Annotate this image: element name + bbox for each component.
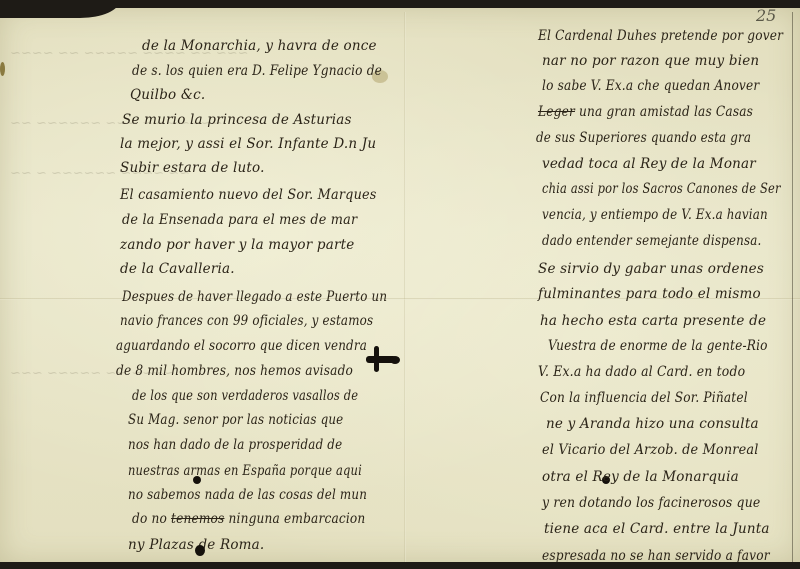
text-line: Se murio la princesa de Asturias xyxy=(122,112,352,128)
text-line: El Cardenal Duhes pretende por gover xyxy=(538,28,783,44)
text-line: zando por haver y la mayor parte xyxy=(120,237,354,253)
text-line: Se sirvio dy gabar unas ordenes xyxy=(538,261,764,277)
text-line: Vuestra de enorme de la gente-Rio xyxy=(548,338,768,354)
page-edge xyxy=(792,12,793,569)
text-line: la mejor, y assi el Sor. Infante D.n Ju xyxy=(120,136,376,152)
text-line: Subir estara de luto. xyxy=(120,160,265,176)
scan-border-top xyxy=(0,0,800,8)
text-line: Quilbo &c. xyxy=(130,87,205,103)
text-line: nuestras armas en España porque aqui xyxy=(128,463,362,479)
text-line: el Vicario del Arzob. de Monreal xyxy=(542,442,759,458)
text-line: tiene aca el Card. entre la Junta xyxy=(544,521,770,537)
text-line: de los que son verdaderos vasallos de xyxy=(132,388,358,404)
text-line: Con la influencia del Sor. Piñatel xyxy=(540,390,748,406)
text-line: V. Ex.a ha dado al Card. en todo xyxy=(538,364,745,380)
vertical-fold xyxy=(404,12,406,569)
text-line: navio frances con 99 oficiales, y estamo… xyxy=(120,313,373,329)
text-line: de s. los quien era D. Felipe Ygnacio de xyxy=(132,63,382,79)
text-line: dado entender semejante dispensa. xyxy=(542,233,761,249)
ink-blot xyxy=(193,476,201,484)
text-line: nos han dado de la prosperidad de xyxy=(128,437,342,453)
text-line: lo sabe V. Ex.a che quedan Anover xyxy=(542,78,759,94)
folio-number: 25 xyxy=(756,6,776,25)
text-line: Leger una gran amistad las Casas xyxy=(538,104,753,120)
paper-stain xyxy=(0,62,5,76)
text-line: y ren dotando los facinerosos que xyxy=(542,495,760,511)
ink-blot xyxy=(195,545,205,556)
text-line: no sabemos nada de las cosas del mun xyxy=(128,487,367,503)
text-line: ne y Aranda hizo una consulta xyxy=(546,416,759,432)
ink-blot xyxy=(390,356,400,364)
text-line: de sus Superiores quando esta gra xyxy=(536,130,751,146)
manuscript-sheet: ~~~ ~~ ~~~~ ~~~~~ ~~ ~~~~ ~~~~~ ~~ ~~~ ~… xyxy=(0,6,800,563)
text-line: de la Ensenada para el mes de mar xyxy=(122,212,357,228)
text-line: Despues de haver llegado a este Puerto u… xyxy=(122,289,387,305)
text-line: El casamiento nuevo del Sor. Marques xyxy=(120,187,377,203)
text-line: de la Cavalleria. xyxy=(120,261,235,277)
text-line: fulminantes para todo el mismo xyxy=(538,286,761,302)
text-line: vencia, y entiempo de V. Ex.a havian xyxy=(542,207,768,223)
text-line: chia assi por los Sacros Canones de Ser xyxy=(542,181,781,197)
text-line: otra el Rey de la Monarquia xyxy=(542,469,739,485)
struck-word: tenemos xyxy=(171,511,224,527)
text-line: vedad toca al Rey de la Monar xyxy=(542,156,756,172)
text-line: aguardando el socorro que dicen vendra xyxy=(116,338,367,354)
scan-border-bottom xyxy=(0,562,800,569)
text-line: Su Mag. senor por las noticias que xyxy=(128,412,343,428)
text-line: de la Monarchia, y havra de once xyxy=(142,38,377,54)
text-line: do no tenemos ninguna embarcacion xyxy=(132,511,365,527)
struck-word: Leger xyxy=(538,104,575,120)
text-line: nar no por razon que muy bien xyxy=(542,53,759,69)
text-line: de 8 mil hombres, nos hemos avisado xyxy=(116,363,353,379)
text-line: ha hecho esta carta presente de xyxy=(540,313,766,329)
